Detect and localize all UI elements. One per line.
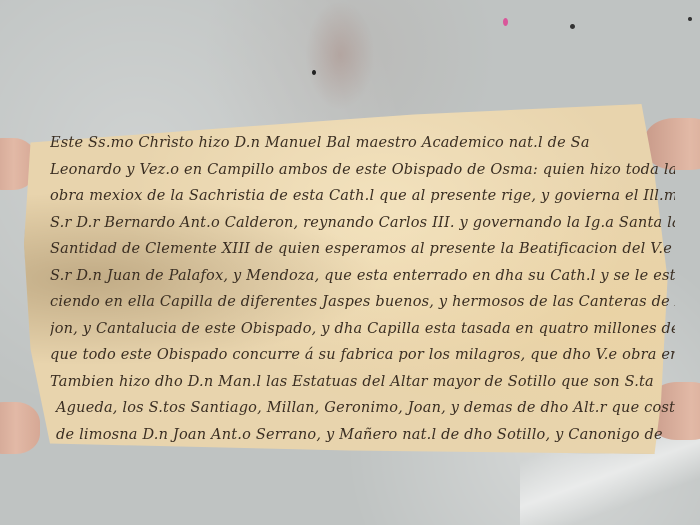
manuscript-line: Leonardo y Vez.o en Campillo ambos de es… — [50, 157, 675, 184]
manuscript-line: Santidad de Clemente XIII de quien esper… — [50, 236, 675, 263]
manuscript-line: Agueda, los S.tos Santiago, Millan, Gero… — [50, 395, 675, 422]
manuscript-line: de limosna D.n Joan Ant.o Serrano, y Mañ… — [50, 422, 675, 449]
manuscript-line: S.r D.r Bernardo Ant.o Calderon, reynand… — [50, 210, 675, 237]
background-speck — [688, 17, 692, 21]
manuscript-text: Este Ss.mo Chrìsto hizo D.n Manuel Bal m… — [50, 130, 675, 448]
background-stain — [305, 0, 375, 110]
background-speck — [312, 70, 316, 75]
manuscript-line: Este Ss.mo Chrìsto hizo D.n Manuel Bal m… — [50, 130, 675, 157]
manuscript-line: jon, y Cantalucia de este Obispado, y dh… — [50, 316, 675, 343]
background-speck — [503, 18, 508, 26]
manuscript-line: que todo este Obispado concurre á su fab… — [50, 342, 675, 369]
manuscript-line: ciendo en ella Capilla de diferentes Jas… — [50, 289, 675, 316]
manuscript-line: obra mexiox de la Sachristia de esta Cat… — [50, 183, 675, 210]
manuscript-line: S.r D.n Juan de Palafox, y Mendoza, que … — [50, 263, 675, 290]
background-speck — [570, 24, 575, 29]
manuscript-line: Tambien hizo dho D.n Man.l las Estatuas … — [50, 369, 675, 396]
left-thumb-bottom — [0, 402, 40, 454]
